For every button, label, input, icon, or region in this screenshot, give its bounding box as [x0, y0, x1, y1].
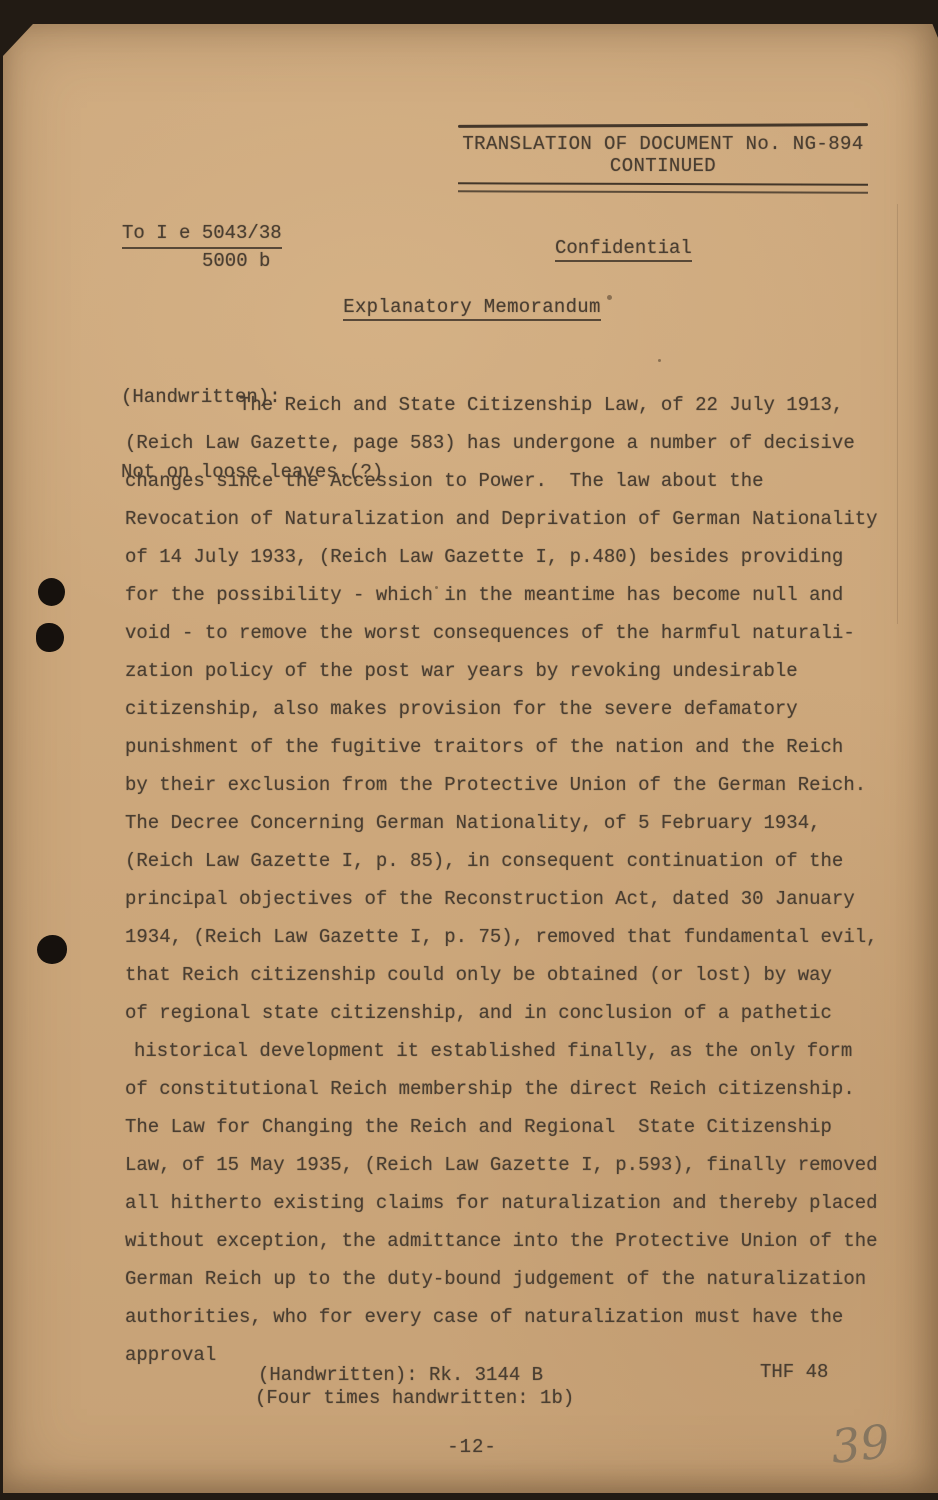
body-line: historical development it established fi… — [125, 1036, 915, 1074]
body-line: that Reich citizenship could only be obt… — [125, 960, 915, 998]
body-line: for the possibility - which in the meant… — [125, 580, 915, 618]
body-text: The Reich and State Citizenship Law, of … — [125, 390, 915, 1378]
body-line: of constitutional Reich membership the d… — [125, 1074, 915, 1112]
punch-hole — [36, 623, 64, 652]
footer-handwritten-ref: (Handwritten): Rk. 3144 B — [258, 1364, 543, 1386]
punch-hole — [38, 578, 65, 606]
paper-crease — [897, 204, 898, 624]
document-title-row: Explanatory Memorandum — [3, 296, 938, 321]
classification-label: Confidential — [555, 237, 692, 259]
page-number: -12- — [3, 1436, 938, 1458]
body-line: The Reich and State Citizenship Law, of … — [125, 390, 915, 428]
paper-speck — [658, 359, 661, 362]
punch-hole — [37, 935, 67, 964]
paper-sheet: TRANSLATION OF DOCUMENT No. NG-894 CONTI… — [3, 24, 938, 1493]
body-line: German Reich up to the duty-bound judgem… — [125, 1264, 915, 1302]
scanned-document-page: TRANSLATION OF DOCUMENT No. NG-894 CONTI… — [0, 0, 938, 1500]
document-title: Explanatory Memorandum — [343, 296, 600, 321]
body-line: (Reich Law Gazette I, p. 85), in consequ… — [125, 846, 915, 884]
body-line: all hitherto existing claims for natural… — [125, 1188, 915, 1226]
paper-speck — [607, 295, 612, 300]
body-line: (Reich Law Gazette, page 583) has underg… — [125, 428, 915, 466]
footer-doc-ref: THF 48 — [760, 1361, 828, 1383]
body-line: changes since the Accession to Power. Th… — [125, 466, 915, 504]
pencil-corner-number: 39 — [829, 1414, 893, 1474]
body-line: void - to remove the worst consequences … — [125, 618, 915, 656]
body-line: Law, of 15 May 1935, (Reich Law Gazette … — [125, 1150, 915, 1188]
body-line: The Decree Concerning German Nationality… — [125, 808, 915, 846]
body-line: 1934, (Reich Law Gazette I, p. 75), remo… — [125, 922, 915, 960]
file-reference-number: To I e 5043/38 — [122, 221, 282, 249]
stamp-rule-bottom — [458, 182, 868, 193]
body-line: of regional state citizenship, and in co… — [125, 998, 915, 1036]
body-line: punishment of the fugitive traitors of t… — [125, 732, 915, 770]
body-line: Revocation of Naturalization and Depriva… — [125, 504, 915, 542]
paper-speck — [435, 586, 438, 589]
body-line: zation policy of the post war years by r… — [125, 656, 915, 694]
body-line: by their exclusion from the Protective U… — [125, 770, 915, 808]
body-line: principal objectives of the Reconstructi… — [125, 884, 915, 922]
body-line: authorities, who for every case of natur… — [125, 1302, 915, 1340]
body-line: of 14 July 1933, (Reich Law Gazette I, p… — [125, 542, 915, 580]
stamp-line2: CONTINUED — [458, 155, 868, 177]
body-line: The Law for Changing the Reich and Regio… — [125, 1112, 915, 1150]
translation-stamp: TRANSLATION OF DOCUMENT No. NG-894 CONTI… — [458, 124, 868, 193]
body-line: citizenship, also makes provision for th… — [125, 694, 915, 732]
file-reference: To I e 5043/38 5000 b — [122, 221, 282, 273]
stamp-line1: TRANSLATION OF DOCUMENT No. NG-894 — [458, 133, 868, 155]
footer-handwritten-note: (Four times handwritten: 1b) — [255, 1387, 574, 1409]
stamp-rule-top — [458, 123, 868, 128]
file-reference-sub: 5000 b — [122, 249, 282, 273]
body-line: without exception, the admittance into t… — [125, 1226, 915, 1264]
